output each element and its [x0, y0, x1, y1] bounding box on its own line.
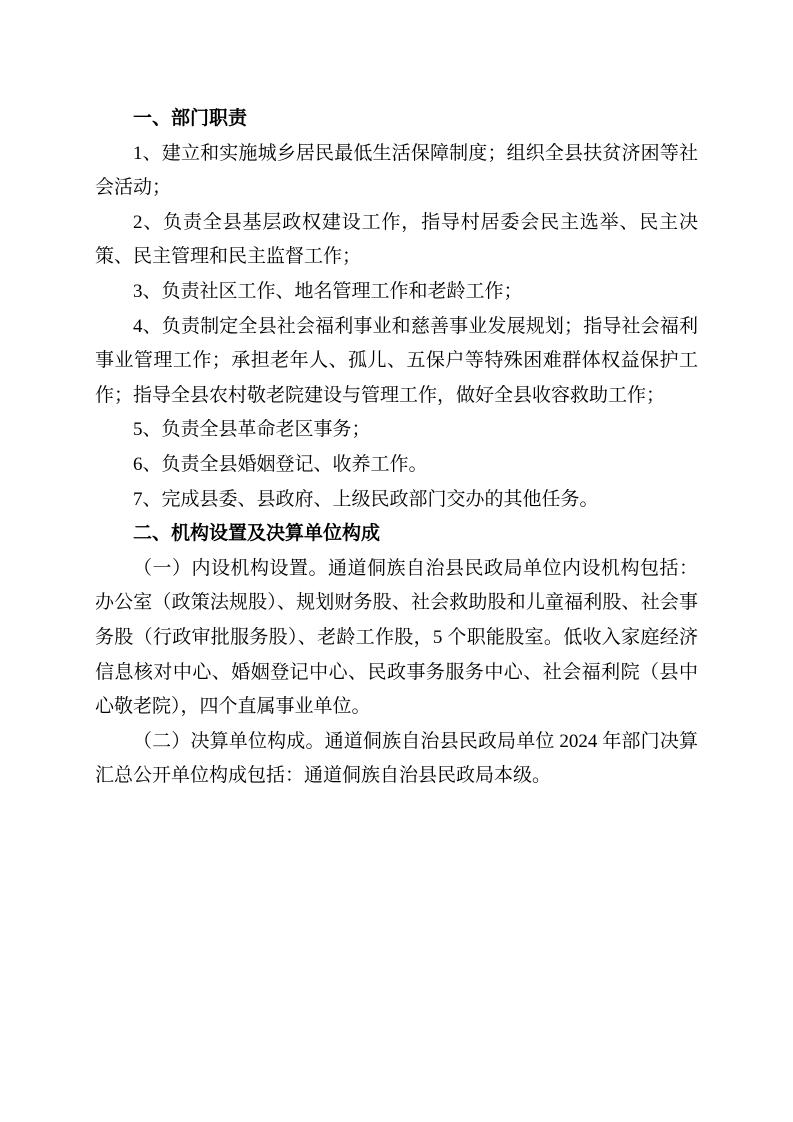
- body-paragraph: （二）决算单位构成。通道侗族自治县民政局单位 2024 年部门决算汇总公开单位构…: [95, 725, 698, 794]
- document-body: 一、部门职责1、建立和实施城乡居民最低生活保障制度；组织全县扶贫济困等社会活动；…: [95, 102, 698, 794]
- body-paragraph: 4、负责制定全县社会福利事业和慈善事业发展规划；指导社会福利事业管理工作；承担老…: [95, 310, 698, 414]
- section-heading: 二、机构设置及决算单位构成: [95, 517, 698, 552]
- body-paragraph: 1、建立和实施城乡居民最低生活保障制度；组织全县扶贫济困等社会活动；: [95, 137, 698, 206]
- document-page: 一、部门职责1、建立和实施城乡居民最低生活保障制度；组织全县扶贫济困等社会活动；…: [0, 0, 793, 1122]
- body-paragraph: 5、负责全县革命老区事务；: [95, 413, 698, 448]
- body-paragraph: 2、负责全县基层政权建设工作，指导村居委会民主选举、民主决策、民主管理和民主监督…: [95, 206, 698, 275]
- section-heading: 一、部门职责: [95, 102, 698, 137]
- body-paragraph: 3、负责社区工作、地名管理工作和老龄工作；: [95, 275, 698, 310]
- body-paragraph: 7、完成县委、县政府、上级民政部门交办的其他任务。: [95, 483, 698, 518]
- body-paragraph: （一）内设机构设置。通道侗族自治县民政局单位内设机构包括：办公室（政策法规股）、…: [95, 552, 698, 725]
- body-paragraph: 6、负责全县婚姻登记、收养工作。: [95, 448, 698, 483]
